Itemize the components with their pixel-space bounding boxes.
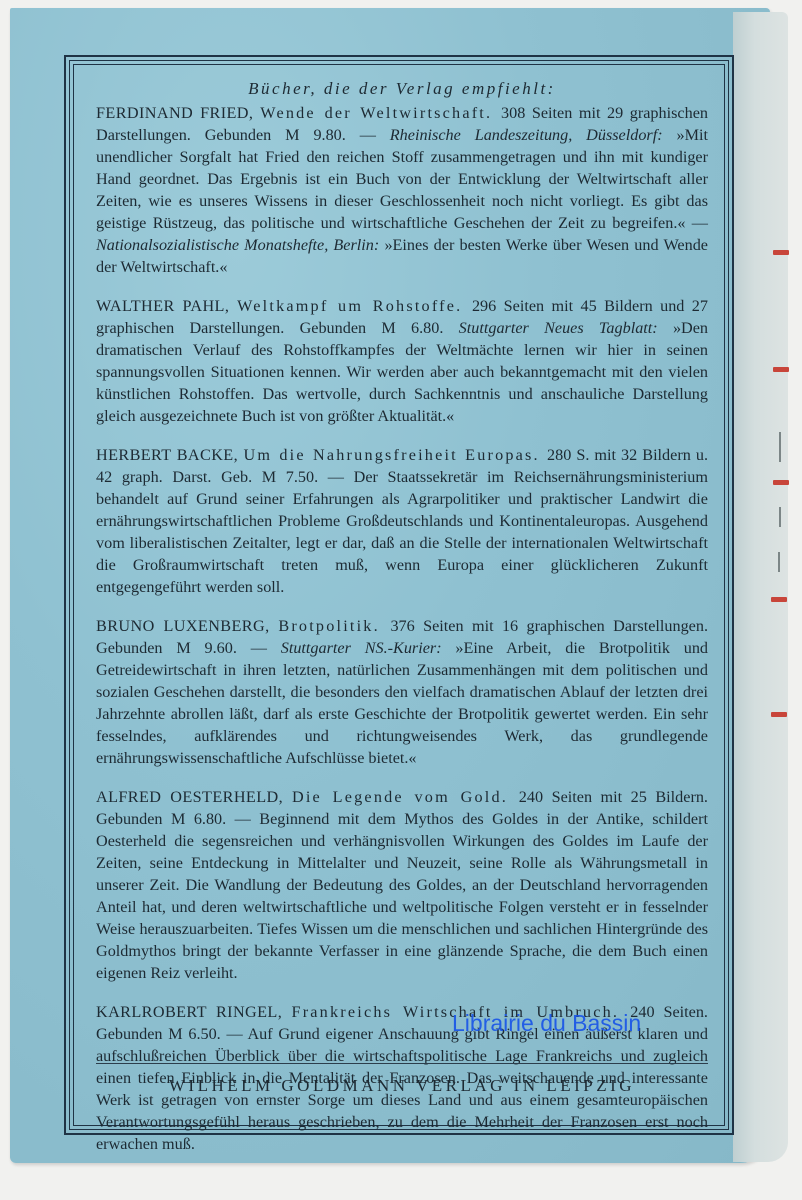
book-spine — [733, 12, 788, 1162]
spine-red-mark — [773, 367, 789, 372]
entry-review-source: Nationalsozialistische Monatshefte, Berl… — [96, 236, 384, 254]
entry-title: Weltkampf um Rohstoffe. — [237, 297, 472, 315]
spine-letter-mark — [779, 432, 781, 462]
entry-review-source: Stuttgarter NS.-Kurier: — [281, 639, 456, 657]
entry-author: FERDINAND FRIED, — [96, 104, 260, 122]
spine-red-mark — [773, 480, 789, 485]
entry-review-source: Stuttgarter Neues Tagblatt: — [459, 319, 673, 337]
entry-title: Wende der Weltwirtschaft. — [260, 104, 501, 122]
entry-author: BRUNO LUXENBERG, — [96, 617, 278, 635]
book-entry: FERDINAND FRIED, Wende der Weltwirtschaf… — [96, 102, 708, 278]
seller-watermark: Librairie du Bassin — [452, 1010, 641, 1037]
recommended-books-list: Bücher, die der Verlag empfiehlt: FERDIN… — [96, 78, 708, 1172]
entry-title: Die Legende vom Gold. — [292, 788, 519, 806]
spine-letter-mark — [778, 552, 780, 572]
spine-red-mark — [771, 712, 787, 717]
publisher-imprint: WILHELM GOLDMANN VERLAG IN LEIPZIG — [96, 1076, 708, 1096]
spine-red-mark — [771, 597, 787, 602]
entry-details: 240 Seiten mit 25 Bildern. Gebunden M 6.… — [96, 788, 708, 982]
divider-line — [96, 1063, 708, 1064]
book-entry: ALFRED OESTERHELD, Die Legende vom Gold.… — [96, 786, 708, 984]
entry-author: HERBERT BACKE, — [96, 446, 243, 464]
entry-author: KARLROBERT RINGEL, — [96, 1003, 292, 1021]
entry-author: WALTHER PAHL, — [96, 297, 237, 315]
spine-red-mark — [773, 250, 789, 255]
entry-author: ALFRED OESTERHELD, — [96, 788, 292, 806]
book-entry: BRUNO LUXENBERG, Brotpolitik. 376 Seiten… — [96, 615, 708, 769]
entry-title: Brotpolitik. — [278, 617, 390, 635]
entry-review-source: Rheinische Landeszeitung, Düsseldorf: — [390, 126, 677, 144]
book-entry: WALTHER PAHL, Weltkampf um Rohstoffe. 29… — [96, 295, 708, 427]
entry-title: Um die Nahrungsfreiheit Europas. — [243, 446, 547, 464]
section-heading: Bücher, die der Verlag empfiehlt: — [96, 78, 708, 100]
entry-review-quote: »Eine Arbeit, die Brotpolitik und Getrei… — [96, 639, 708, 767]
spine-letter-mark — [779, 507, 781, 527]
entry-details: 280 S. mit 32 Bildern u. 42 graph. Darst… — [96, 446, 708, 596]
book-entry: HERBERT BACKE, Um die Nahrungsfreiheit E… — [96, 444, 708, 598]
